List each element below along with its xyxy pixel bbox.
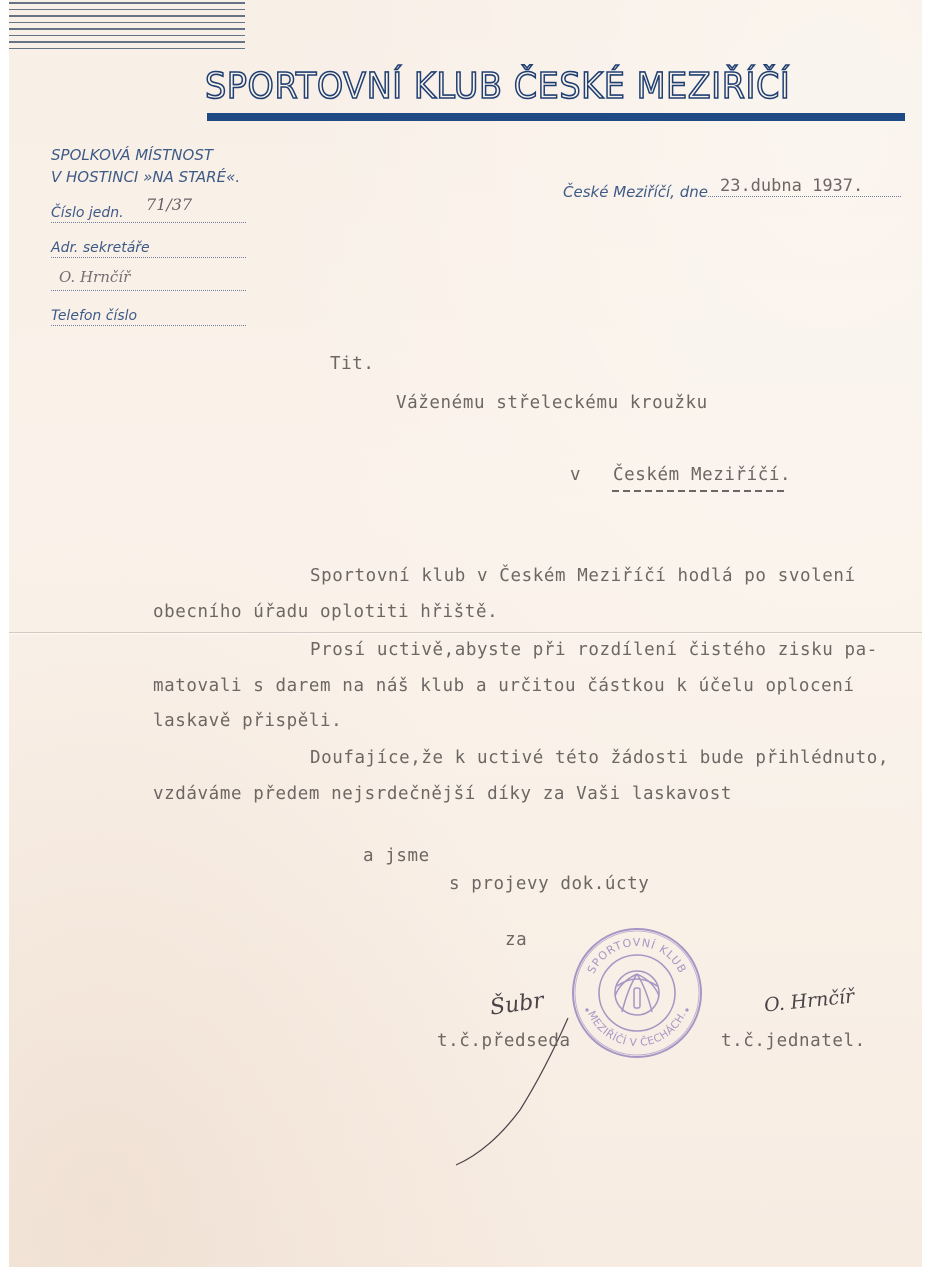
body-line: laskavě přispěli. — [153, 711, 342, 731]
paper-fold-line — [9, 632, 922, 633]
phone-number-label: Telefon číslo — [51, 308, 137, 324]
club-stamp-icon: SPORTOVNÍ KLUB MEZIŘÍČÍ V ČECHÁCH. — [570, 926, 704, 1060]
body-line: Prosí uctivě,abyste při rozdílení čistéh… — [310, 640, 878, 660]
recipient-place: Českém Meziříčí. — [613, 465, 791, 485]
body-line: vzdáváme předem nejsrdečnější díky za Va… — [153, 784, 732, 804]
recipient-prep: v — [570, 465, 581, 485]
letterhead-bar — [207, 113, 905, 121]
reference-number-label: Číslo jedn. — [51, 205, 124, 221]
secretary-name-value: O. Hrnčíř — [59, 268, 130, 286]
secretary-name-line: O. Hrnčíř — [51, 266, 246, 291]
meeting-room-line1: SPOLKOVÁ MÍSTNOST — [51, 144, 246, 166]
closing-line1: a jsme — [363, 846, 430, 866]
body-line: matovali s darem na náš klub a určitou č… — [153, 676, 855, 696]
date-line: České Meziříčí, dne 23.dubna 1937. — [563, 182, 901, 201]
date-value: 23.dubna 1937. — [720, 176, 863, 196]
secretary-title: t.č.jednatel. — [721, 1031, 866, 1051]
reference-number-field: Číslo jedn. 71/37 — [51, 204, 246, 223]
salutation: Tit. — [330, 354, 375, 374]
meeting-room-line2: V HOSTINCI »NA STARÉ«. — [51, 166, 246, 188]
svg-text:SPORTOVNÍ KLUB: SPORTOVNÍ KLUB — [585, 936, 689, 976]
recipient-name: Váženému střeleckému kroužku — [396, 393, 708, 413]
phone-number-field: Telefon číslo — [51, 307, 246, 326]
secretary-address-label: Adr. sekretáře — [51, 240, 150, 256]
reference-number-value: 71/37 — [146, 196, 192, 214]
chairman-title: t.č.předseda — [437, 1031, 571, 1051]
date-label: České Meziříčí, dne — [563, 183, 708, 201]
closing-line3: za — [505, 930, 527, 950]
letterhead-left-block: SPOLKOVÁ MÍSTNOST V HOSTINCI »NA STARÉ«.… — [51, 144, 246, 326]
letterhead-title: SPORTOVNÍ KLUB ČESKÉ MEZIŘÍČÍ — [205, 66, 858, 107]
recipient-place-underline — [612, 490, 788, 492]
decorative-header-lines — [9, 0, 245, 54]
secretary-address-field: Adr. sekretáře — [51, 239, 246, 258]
closing-line2: s projevy dok.úcty — [449, 874, 649, 894]
body-line: Sportovní klub v Českém Meziříčí hodlá p… — [310, 566, 856, 586]
body-line: Doufajíce,že k uctivé této žádosti bude … — [310, 748, 889, 768]
body-line: obecního úřadu oplotiti hřiště. — [153, 602, 498, 622]
